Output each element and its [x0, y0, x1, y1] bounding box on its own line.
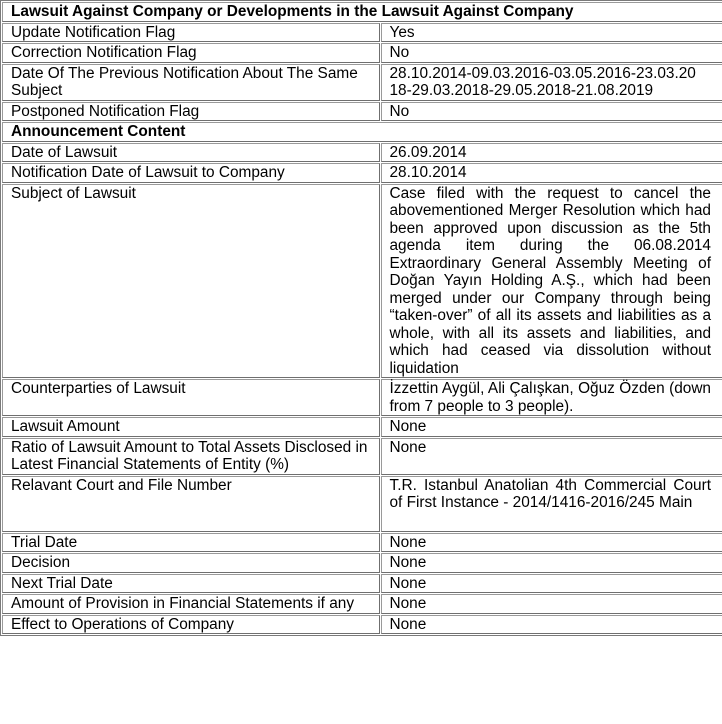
row-label: Date of Lawsuit — [2, 143, 380, 163]
section-heading-row: Announcement Content — [2, 122, 722, 142]
row-label: Notification Date of Lawsuit to Company — [2, 163, 380, 183]
row-value: None — [381, 615, 722, 635]
row-value: None — [381, 533, 722, 553]
row-value: None — [381, 438, 722, 475]
row-value: 28.10.2014-09.03.2016-03.05.2016-23.03.2… — [381, 64, 722, 101]
row-value: İzzettin Aygül, Ali Çalışkan, Oğuz Özden… — [381, 379, 722, 416]
table-row: Date of Lawsuit 26.09.2014 — [2, 143, 722, 163]
row-value: 28.10.2014 — [381, 163, 722, 183]
table-row: Counterparties of Lawsuit İzzettin Aygül… — [2, 379, 722, 416]
row-label: Lawsuit Amount — [2, 417, 380, 437]
row-label: Trial Date — [2, 533, 380, 553]
row-value: Case filed with the request to cancel th… — [381, 184, 722, 379]
row-value: None — [381, 594, 722, 614]
table-row: Relavant Court and File Number T.R. Ista… — [2, 476, 722, 532]
row-label: Postponed Notification Flag — [2, 102, 380, 122]
row-label: Counterparties of Lawsuit — [2, 379, 380, 416]
table-row: Amount of Provision in Financial Stateme… — [2, 594, 722, 614]
row-value: None — [381, 417, 722, 437]
row-label: Next Trial Date — [2, 574, 380, 594]
row-label: Ratio of Lawsuit Amount to Total Assets … — [2, 438, 380, 475]
table-row: Date Of The Previous Notification About … — [2, 64, 722, 101]
row-value: T.R. Istanbul Anatolian 4th Commercial C… — [381, 476, 722, 532]
disclosure-table: Lawsuit Against Company or Developments … — [0, 0, 722, 636]
row-value: None — [381, 574, 722, 594]
table-row: Ratio of Lawsuit Amount to Total Assets … — [2, 438, 722, 475]
row-label: Decision — [2, 553, 380, 573]
table-title: Lawsuit Against Company or Developments … — [2, 2, 722, 22]
table-row: Subject of Lawsuit Case filed with the r… — [2, 184, 722, 379]
table-row: Postponed Notification Flag No — [2, 102, 722, 122]
row-label: Update Notification Flag — [2, 23, 380, 43]
table-row: Decision None — [2, 553, 722, 573]
row-label: Correction Notification Flag — [2, 43, 380, 63]
row-label: Amount of Provision in Financial Stateme… — [2, 594, 380, 614]
row-value: No — [381, 102, 722, 122]
table-row: Notification Date of Lawsuit to Company … — [2, 163, 722, 183]
table-row: Next Trial Date None — [2, 574, 722, 594]
row-value: 26.09.2014 — [381, 143, 722, 163]
title-row: Lawsuit Against Company or Developments … — [2, 2, 722, 22]
table-row: Correction Notification Flag No — [2, 43, 722, 63]
row-label: Relavant Court and File Number — [2, 476, 380, 532]
table-row: Effect to Operations of Company None — [2, 615, 722, 635]
table-row: Update Notification Flag Yes — [2, 23, 722, 43]
row-label: Date Of The Previous Notification About … — [2, 64, 380, 101]
row-label: Effect to Operations of Company — [2, 615, 380, 635]
row-value: Yes — [381, 23, 722, 43]
section-heading: Announcement Content — [2, 122, 722, 142]
row-label: Subject of Lawsuit — [2, 184, 380, 379]
row-value: None — [381, 553, 722, 573]
table-row: Trial Date None — [2, 533, 722, 553]
row-value: No — [381, 43, 722, 63]
lawsuit-disclosure: Lawsuit Against Company or Developments … — [0, 0, 722, 636]
table-row: Lawsuit Amount None — [2, 417, 722, 437]
